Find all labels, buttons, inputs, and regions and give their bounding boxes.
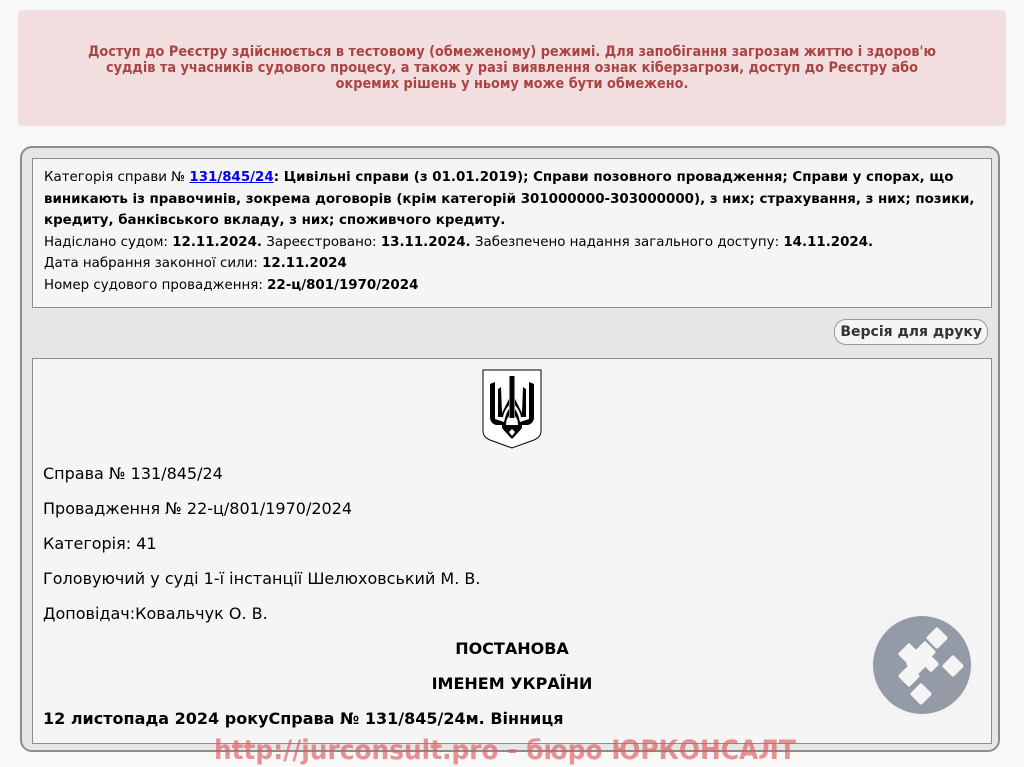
decision-frame: Категорія справи № 131/845/24: Цивільні …: [20, 146, 1000, 752]
category-line: Категорія: 41: [43, 534, 157, 554]
sent-date: 12.11.2024.: [172, 235, 262, 250]
case-dates: Надіслано судом: 12.11.2024. Зареєстрова…: [44, 232, 980, 254]
puzzle-logo-icon: [871, 614, 973, 716]
category-label: Категорія справи №: [44, 170, 189, 185]
public-access-label: Забезпечено надання загального доступу:: [471, 235, 784, 250]
access-notice-text: Доступ до Реєстру здійснюється в тестово…: [58, 44, 967, 92]
document-title: ПОСТАНОВА: [33, 639, 991, 659]
print-version-button[interactable]: Версія для друку: [834, 319, 988, 345]
access-notice-banner: Доступ до Реєстру здійснюється в тестово…: [18, 10, 1006, 126]
public-access-date: 14.11.2024.: [783, 235, 873, 250]
effective-date: 12.11.2024: [262, 256, 347, 271]
registered-date: 13.11.2024.: [381, 235, 471, 250]
case-info-panel: Категорія справи № 131/845/24: Цивільні …: [32, 158, 992, 308]
document-subtitle: ІМЕНЕМ УКРАЇНИ: [33, 674, 991, 694]
effective-label: Дата набрання законної сили:: [44, 256, 262, 271]
date-place-line: 12 листопада 2024 рокуСправа № 131/845/2…: [43, 709, 563, 729]
case-category: Категорія справи № 131/845/24: Цивільні …: [44, 167, 980, 232]
case-number-line: Справа № 131/845/24: [43, 464, 223, 484]
proceeding-label: Номер судового провадження:: [44, 278, 267, 293]
watermark-text: http://jurconsult.pro - бюро ЮРКОНСАЛТ: [214, 735, 796, 766]
presiding-judge-line: Головуючий у суді 1-ї інстанції Шелюховс…: [43, 569, 480, 589]
decision-document: Справа № 131/845/24 Провадження № 22-ц/8…: [32, 358, 992, 744]
proceeding-number: 22-ц/801/1970/2024: [267, 278, 418, 293]
coat-of-arms-icon: [482, 369, 542, 449]
case-number-link[interactable]: 131/845/24: [189, 170, 273, 185]
effective-date-line: Дата набрання законної сили: 12.11.2024: [44, 253, 980, 275]
site-logo: [871, 614, 973, 716]
rapporteur-line: Доповідач:Ковальчук О. В.: [43, 604, 268, 624]
proceeding-number-line: Провадження № 22-ц/801/1970/2024: [43, 499, 352, 519]
sent-label: Надіслано судом:: [44, 235, 172, 250]
proceeding-line: Номер судового провадження: 22-ц/801/197…: [44, 275, 980, 297]
registered-label: Зареєстровано:: [262, 235, 381, 250]
